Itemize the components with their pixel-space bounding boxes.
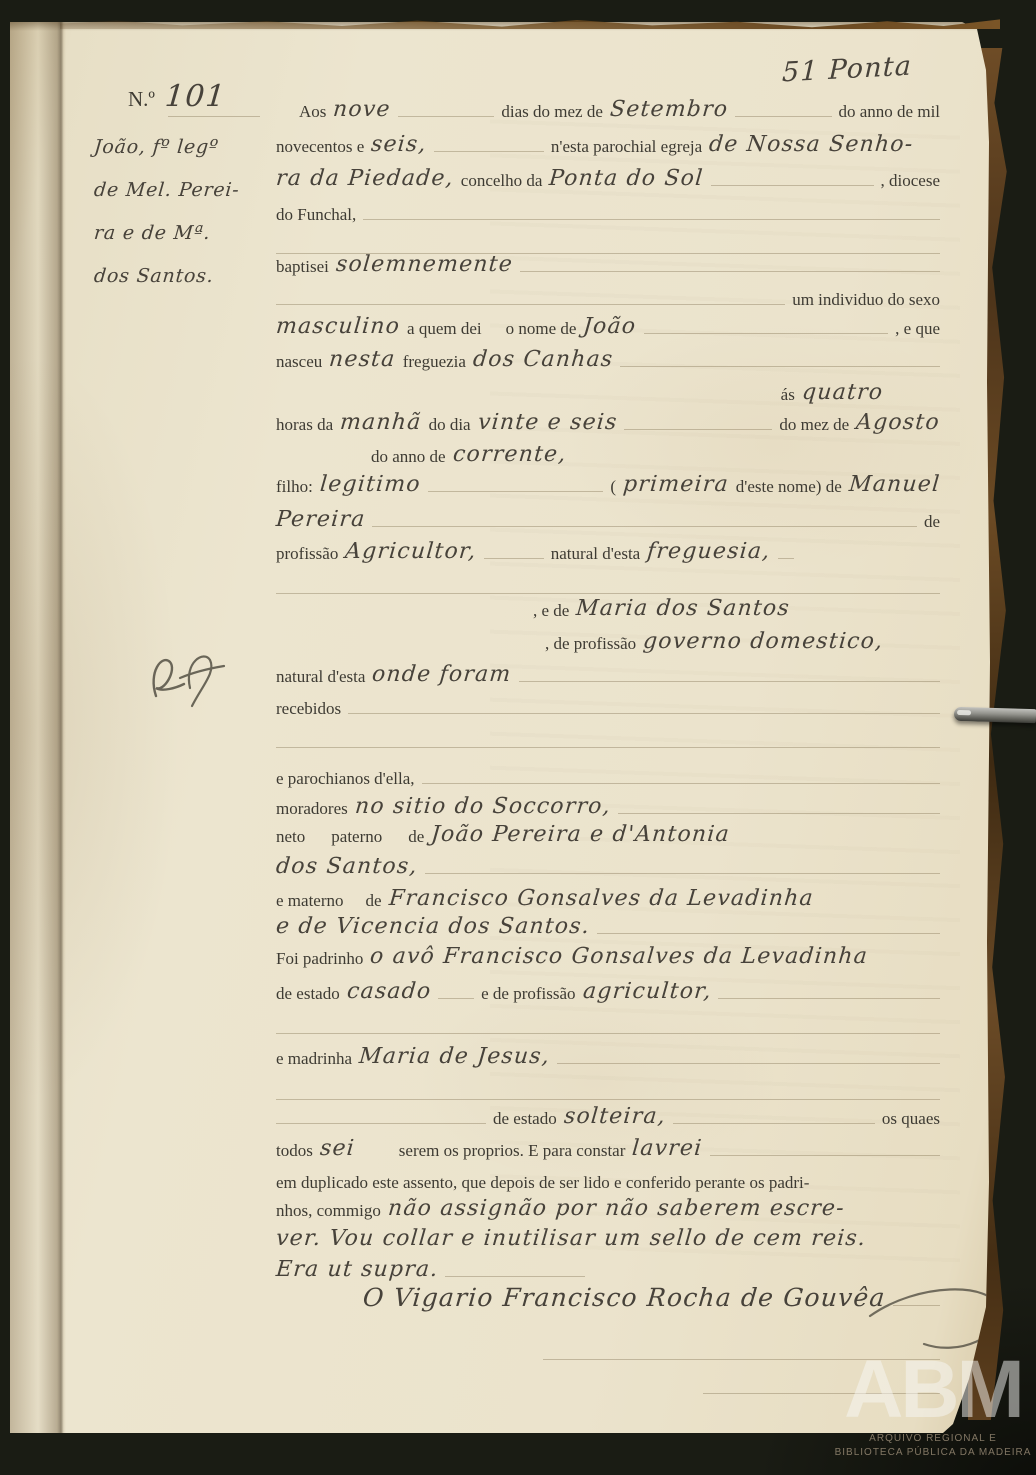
printed-text: moradores	[276, 800, 348, 818]
fill-rule	[276, 1097, 940, 1100]
record-line: em duplicado este assento, que depois de…	[276, 1166, 940, 1192]
record-line	[276, 1078, 940, 1104]
record-line: de estadosolteira,os quaes	[276, 1102, 940, 1128]
record-line: O Vigario Francisco Rocha de Gouvêa	[276, 1284, 940, 1310]
record-line: natural d'estaonde foram	[276, 660, 940, 686]
record-line: masculinoa quem deio nome deJoão, e que	[276, 312, 940, 338]
record-line: horas damanhãdo diavinte e seisdo mez de…	[276, 408, 940, 434]
handwritten-text: dos Santos,	[275, 856, 418, 878]
record-line: moradoresno sitio do Soccorro,	[276, 792, 940, 818]
spacer	[276, 465, 364, 466]
handwritten-text: solteira,	[563, 1106, 667, 1128]
handwritten-text: sei	[319, 1138, 356, 1160]
spacer	[890, 403, 940, 404]
printed-text: , e que	[895, 320, 940, 338]
printed-text: ás	[781, 386, 795, 404]
metal-pointer	[954, 707, 1036, 723]
margin-name-annotation: João, fº legº de Mel. Perei- ra e de Mª.…	[94, 126, 274, 298]
handwritten-text: lavrei	[631, 1138, 703, 1160]
handwritten-text: João Pereira e d'Antonia	[430, 824, 731, 846]
handwritten-text: Francisco Gonsalves da Levadinha	[388, 888, 815, 910]
fill-rule	[673, 1121, 875, 1124]
margin-name-line: João, fº legº	[92, 126, 276, 169]
fill-rule	[735, 114, 831, 117]
archive-watermark: ABM ARQUIVO REGIONAL E BIBLIOTECA PÚBLIC…	[830, 1348, 1036, 1460]
margin-name-line: dos Santos.	[92, 255, 276, 298]
record-line: filho:legitimo(primeirad'este nome) deMa…	[276, 470, 940, 496]
record-line: de estadocasadoe de profissãoagricultor,	[276, 977, 940, 1003]
fill-rule	[778, 556, 794, 559]
printed-text: nasceu	[276, 353, 322, 371]
record-line: nasceunestafregueziados Canhas	[276, 345, 940, 371]
handwritten-text: freguesia,	[646, 541, 771, 563]
printed-text: do anno de	[371, 448, 446, 466]
record-line: um individuo do sexo	[276, 283, 940, 309]
printed-text: freguezia	[403, 353, 466, 371]
printed-text: neto	[276, 828, 305, 846]
record-line	[276, 1012, 940, 1038]
fill-rule	[434, 149, 544, 152]
printed-text: natural d'esta	[276, 668, 365, 686]
printed-text: de estado	[276, 985, 340, 1003]
spacer	[276, 120, 292, 121]
fill-rule	[718, 996, 940, 999]
record-line: Aosnovedias do mez deSetembrodo anno de …	[276, 95, 940, 121]
printed-text: de	[408, 828, 424, 846]
margin-name-line: de Mel. Perei-	[92, 169, 276, 212]
spacer	[276, 619, 526, 620]
printed-text: o nome de	[506, 320, 577, 338]
printed-text: de estado	[493, 1110, 557, 1128]
fill-rule	[398, 114, 494, 117]
handwritten-text: Era ut supra.	[275, 1259, 439, 1281]
printed-text: nhos, commigo	[276, 1202, 381, 1220]
record-line: do Funchal,	[276, 198, 940, 224]
spacer	[351, 909, 359, 910]
fill-rule	[363, 217, 940, 220]
record-line: e madrinhaMaria de Jesus,	[276, 1042, 940, 1068]
record-line: baptiseisolemnemente	[276, 250, 940, 276]
fill-rule	[428, 489, 604, 492]
margin-name-line: ra e de Mª.	[92, 212, 276, 255]
handwritten-text: primeira	[622, 474, 730, 496]
fill-rule	[624, 427, 772, 430]
handwritten-text: e de Vicencia dos Santos.	[275, 916, 591, 938]
fill-rule	[445, 1274, 585, 1277]
fill-rule	[618, 811, 940, 814]
handwritten-text: seis,	[370, 134, 428, 156]
record-line: novecentos eseis,n'esta parochial egreja…	[276, 130, 940, 156]
spacer	[276, 652, 538, 653]
handwritten-text: solemnemente	[335, 254, 514, 276]
handwritten-text: ver. Vou collar e inutilisar um sello de…	[275, 1228, 867, 1250]
printed-text: profissão	[276, 545, 338, 563]
handwritten-text: dos Canhas	[472, 349, 614, 371]
record-number-value: 101	[164, 82, 227, 112]
printed-text: , de profissão	[545, 635, 636, 653]
printed-text: e materno	[276, 892, 344, 910]
printed-text: do Funchal,	[276, 206, 356, 224]
handwritten-text: Ponta do Sol	[548, 168, 704, 190]
record-line: netopaternodeJoão Pereira e d'Antonia	[276, 820, 940, 846]
handwritten-text: casado	[346, 981, 432, 1003]
printed-text: horas da	[276, 416, 333, 434]
handwritten-text: nove	[332, 99, 392, 121]
printed-text: a quem dei	[407, 320, 482, 338]
record-line: , de profissãogoverno domestico,	[276, 627, 940, 653]
spacer	[276, 1397, 696, 1398]
printed-text: e parochianos d'ella,	[276, 770, 415, 788]
printed-text: dias do mez de	[501, 103, 603, 121]
fill-rule	[484, 556, 544, 559]
printed-text: baptisei	[276, 258, 329, 276]
printed-text: natural d'esta	[551, 545, 640, 563]
handwritten-text: Manuel	[848, 474, 941, 496]
spacer	[276, 1363, 536, 1364]
record-line: todosseiserem os proprios. E para consta…	[276, 1134, 940, 1160]
record-number: N.º 101	[128, 82, 226, 112]
fill-rule	[276, 745, 940, 748]
fill-rule	[711, 183, 874, 186]
handwritten-text: vinte e seis	[477, 412, 618, 434]
book-gutter	[10, 22, 66, 1433]
record-line: Pereirade	[276, 505, 940, 531]
spacer	[276, 1309, 356, 1310]
fill-rule	[597, 931, 940, 934]
fill-rule	[276, 1031, 940, 1034]
handwritten-text: no sitio do Soccorro,	[354, 796, 612, 818]
fill-rule	[276, 302, 785, 305]
printed-text: novecentos e	[276, 138, 364, 156]
spacer	[489, 337, 499, 338]
record-line: ver. Vou collar e inutilisar um sello de…	[276, 1224, 940, 1250]
handwritten-text: o avô Francisco Gonsalves da Levadinha	[369, 946, 869, 968]
spacer	[276, 403, 774, 404]
handwritten-text: masculino	[275, 316, 401, 338]
printed-text: , e de	[533, 602, 569, 620]
fill-rule	[620, 364, 940, 367]
fill-rule	[348, 711, 940, 714]
printed-text: serem os proprios. E para constar	[399, 1142, 626, 1160]
handwritten-text: Maria de Jesus,	[358, 1046, 551, 1068]
printed-text: n'esta parochial egreja	[551, 138, 702, 156]
fill-rule	[520, 269, 940, 272]
printed-text: e de profissão	[481, 985, 575, 1003]
handwritten-text: legitimo	[319, 474, 422, 496]
record-line: , e deMaria dos Santos	[276, 594, 940, 620]
printed-text: e madrinha	[276, 1050, 352, 1068]
handwritten-text: Agricultor,	[344, 541, 477, 563]
fill-rule	[557, 1061, 940, 1064]
record-line: Foi padrinhoo avô Francisco Gonsalves da…	[276, 942, 940, 968]
printed-text: concelho da	[461, 172, 543, 190]
handwritten-text: quatro	[801, 382, 884, 404]
record-line	[276, 726, 940, 752]
record-line: nhos, commigonão assignão por não sabere…	[276, 1194, 940, 1220]
handwritten-text: Pereira	[275, 509, 366, 531]
record-line: Era ut supra.	[276, 1255, 940, 1281]
handwritten-text: de Nossa Senho-	[708, 134, 914, 156]
record-body: Aosnovedias do mez deSetembrodo anno de …	[276, 22, 940, 1433]
fill-rule	[276, 1121, 486, 1124]
record-line: e maternodeFrancisco Gonsalves da Levadi…	[276, 884, 940, 910]
record-number-label: N.º	[128, 89, 155, 111]
handwritten-text: O Vigario Francisco Rocha de Gouvêa	[362, 1285, 887, 1310]
spacer	[389, 845, 401, 846]
record-line: e parochianos d'ella,	[276, 762, 940, 788]
printed-text: do mez de	[779, 416, 849, 434]
handwritten-text: agricultor,	[582, 981, 713, 1003]
printed-text: paterno	[331, 828, 382, 846]
printed-text: recebidos	[276, 700, 341, 718]
handwritten-text: onde foram	[371, 664, 512, 686]
printed-text: os quaes	[882, 1110, 940, 1128]
fill-rule	[422, 781, 940, 784]
handwritten-text: Maria dos Santos	[575, 598, 791, 620]
fill-rule	[425, 871, 940, 874]
printed-text: (	[610, 478, 616, 496]
printed-text: do anno de mil	[839, 103, 941, 121]
fill-rule	[710, 1153, 940, 1156]
handwritten-text: Setembro	[609, 99, 729, 121]
record-line: profissãoAgricultor,natural d'estafregue…	[276, 537, 940, 563]
printed-text: Foi padrinho	[276, 950, 363, 968]
printed-text: Aos	[299, 103, 326, 121]
archive-logo: ABM	[830, 1348, 1036, 1432]
printed-text: do dia	[429, 416, 471, 434]
fill-rule	[438, 996, 474, 999]
scanned-register-photo: N.º 101 João, fº legº de Mel. Perei- ra …	[0, 0, 1036, 1475]
printed-text: d'este nome) de	[736, 478, 842, 496]
record-line: e de Vicencia dos Santos.	[276, 912, 940, 938]
record-line: ra da Piedade,concelho daPonta do Sol, d…	[276, 164, 940, 190]
printed-text: de	[366, 892, 382, 910]
handwritten-text: não assignão por não saberem escre-	[387, 1198, 846, 1220]
printed-text: um individuo do sexo	[792, 291, 940, 309]
spacer	[312, 845, 324, 846]
record-line: do anno decorrente,	[276, 440, 940, 466]
record-line: dos Santos,	[276, 852, 940, 878]
record-line: recebidos	[276, 692, 940, 718]
handwritten-text: corrente,	[452, 444, 567, 466]
spacer	[362, 1159, 392, 1160]
printed-text: em duplicado este assento, que depois de…	[276, 1174, 809, 1192]
fill-rule	[644, 331, 888, 334]
printed-text: filho:	[276, 478, 313, 496]
document-page: N.º 101 João, fº legº de Mel. Perei- ra …	[10, 22, 990, 1433]
record-line: ásquatro	[276, 378, 940, 404]
handwritten-text: ra da Piedade,	[275, 168, 455, 190]
handwritten-text: manhã	[339, 412, 422, 434]
printed-text: de	[924, 513, 940, 531]
handwritten-text: João	[583, 316, 638, 338]
printed-text: todos	[276, 1142, 313, 1160]
handwritten-text: governo domestico,	[642, 631, 884, 653]
fill-rule	[372, 524, 917, 527]
handwritten-text: nesta	[328, 349, 396, 371]
fill-rule	[519, 679, 940, 682]
handwritten-text: Agosto	[855, 412, 941, 434]
printed-text: , diocese	[881, 172, 940, 190]
margin-check-mark	[146, 648, 250, 714]
archive-caption-line2: BIBLIOTECA PÚBLICA DA MADEIRA	[830, 1446, 1036, 1460]
